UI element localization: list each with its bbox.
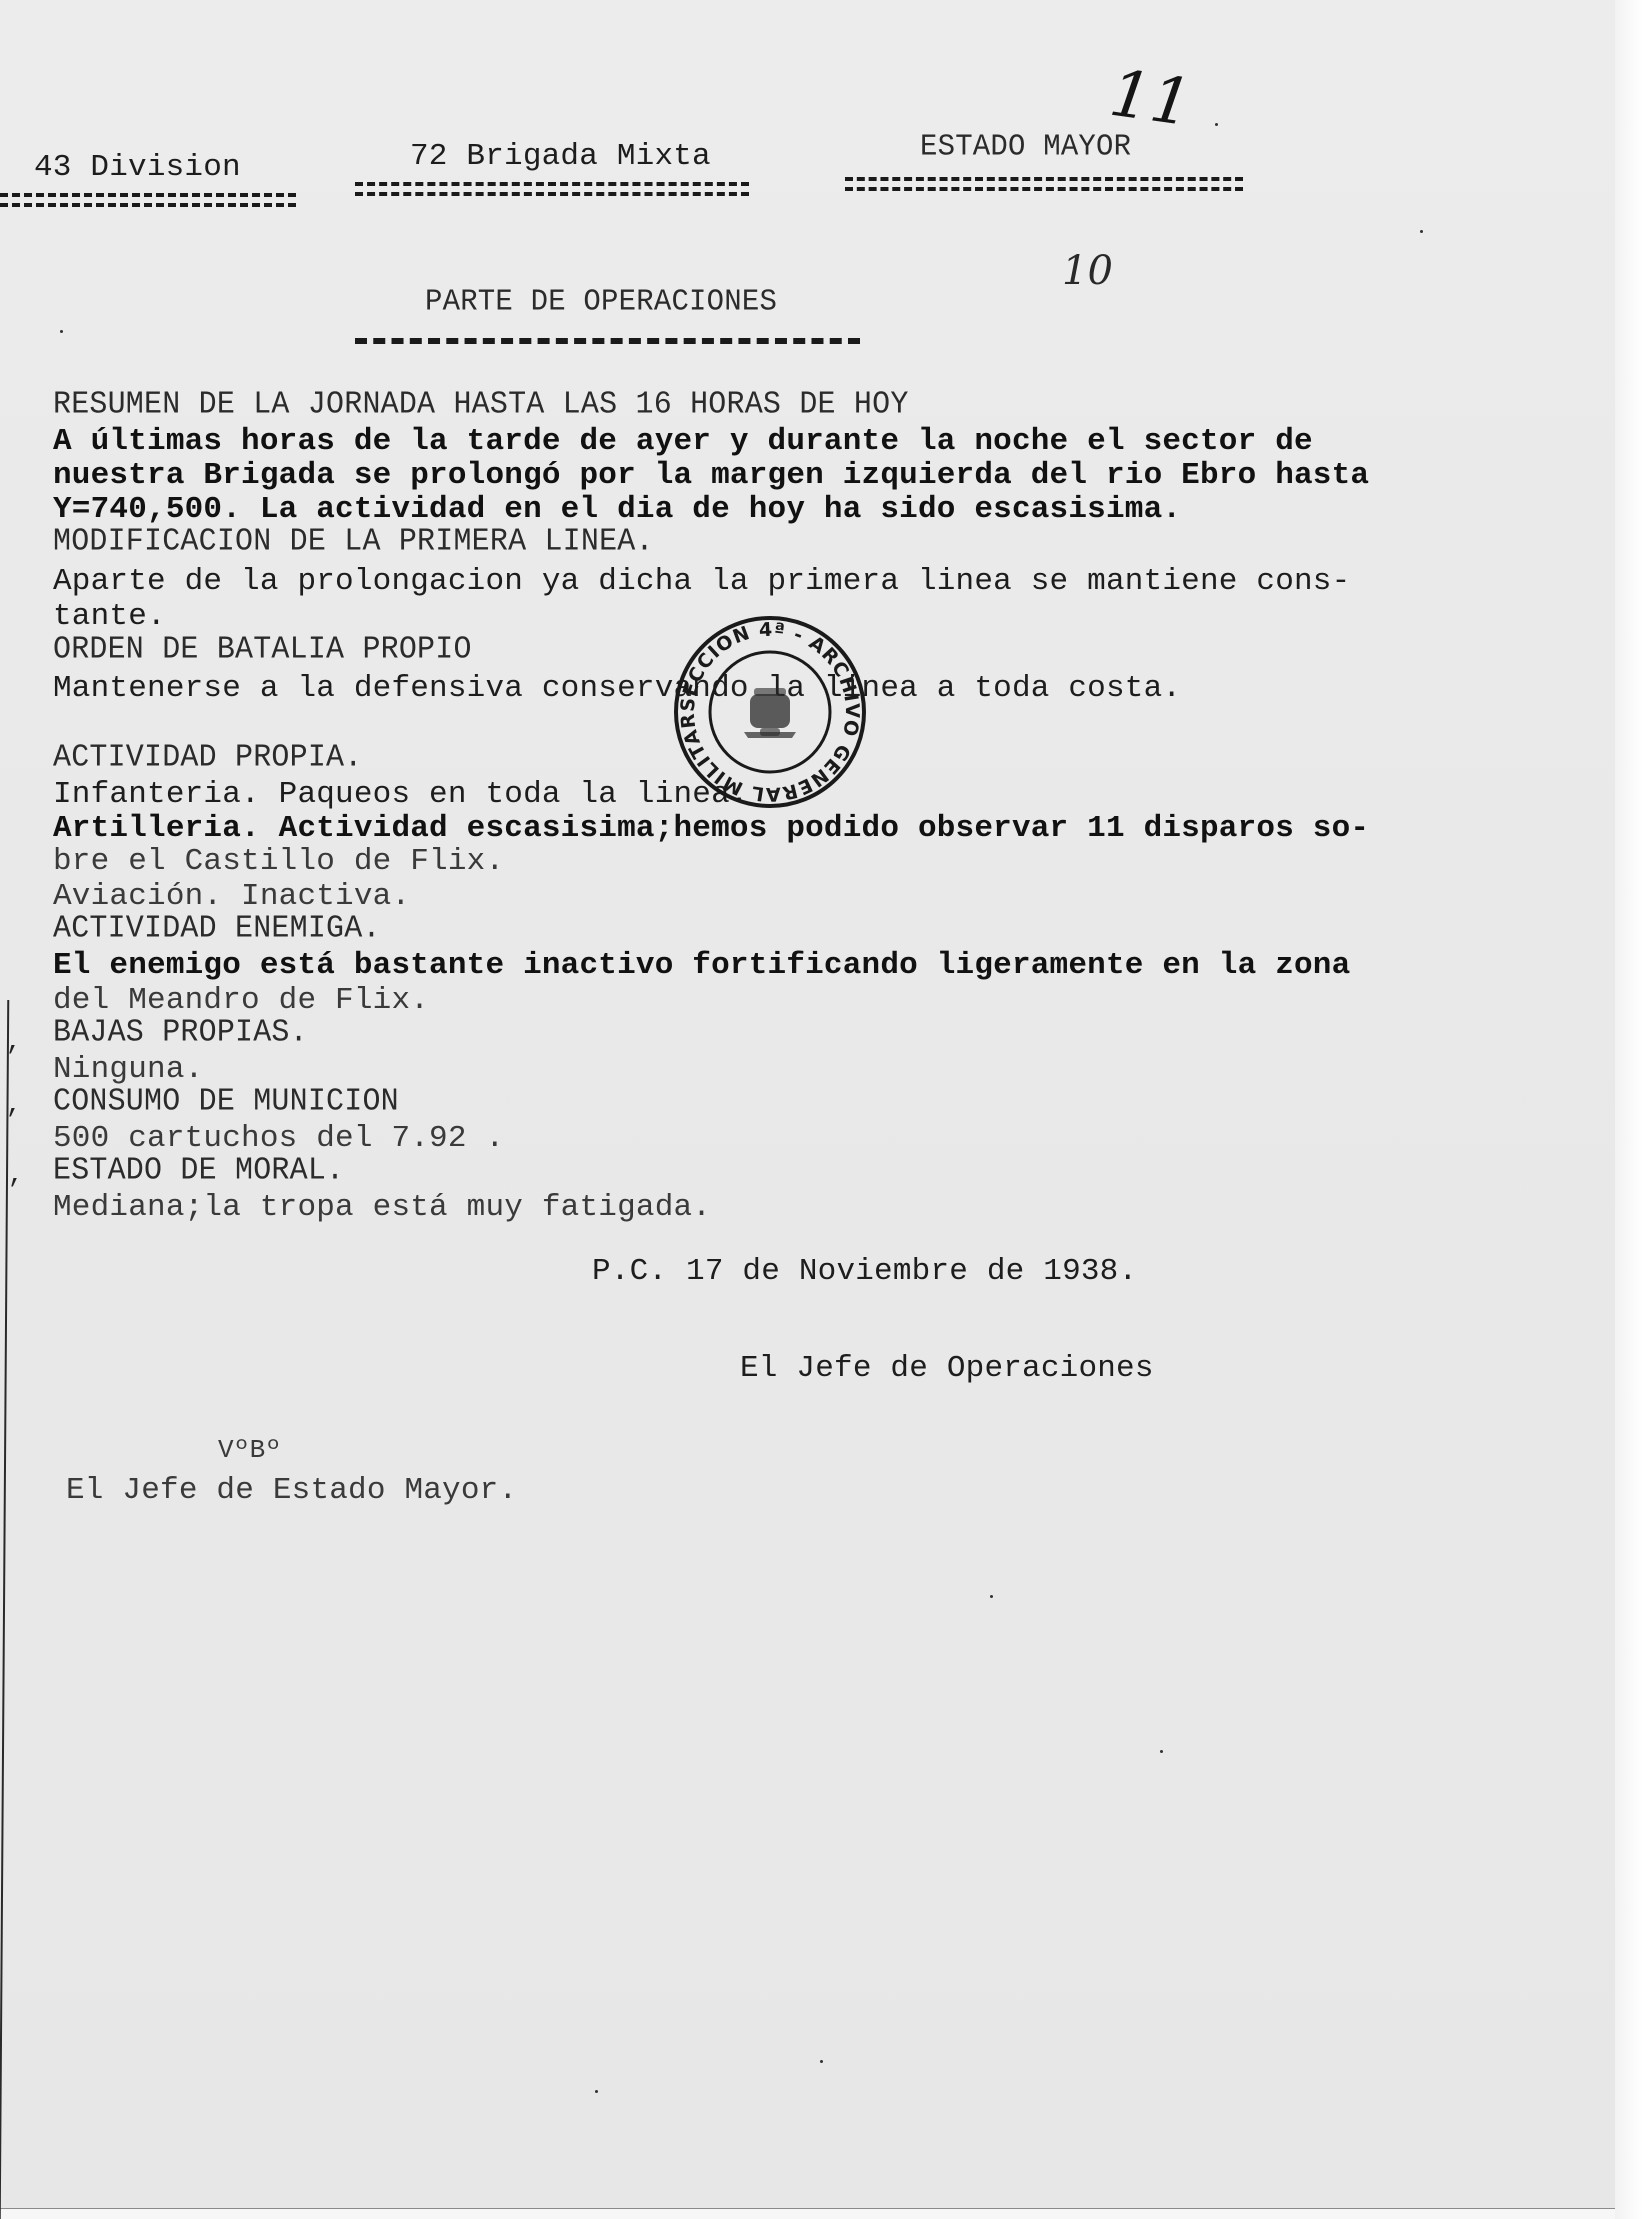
body-line: Artilleria. Actividad escasisima;hemos p…: [53, 813, 1369, 844]
section-heading-first-line: MODIFICACION DE LA PRIMERA LINEA.: [53, 527, 654, 559]
body-line: Y=740,500. La actividad en el dia de hoy…: [53, 494, 1181, 525]
body-line: nuestra Brigada se prolongó por la marge…: [53, 460, 1369, 491]
header-brigade: 72 Brigada Mixta: [410, 141, 711, 172]
handwritten-folio: 11: [1105, 57, 1196, 142]
body-line: Aparte de la prolongacion ya dicha la pr…: [53, 566, 1350, 597]
archive-stamp: SECCION 4ª - ARCHIVO GENERAL MILITAR DE …: [672, 614, 868, 810]
section-heading-ammunition: CONSUMO DE MUNICION: [53, 1087, 399, 1119]
document-title: PARTE DE OPERACIONES: [425, 287, 777, 317]
page-bottom-edge: [0, 2208, 1615, 2219]
title-underline: [355, 338, 860, 344]
body-line: Infanteria. Paqueos en toda la linea.: [53, 779, 749, 810]
margin-mark: ,: [6, 1027, 22, 1057]
scan-speck: [60, 330, 63, 333]
scan-speck: [1420, 230, 1423, 233]
scan-speck: [595, 2090, 598, 2093]
section-heading-morale: ESTADO DE MORAL.: [53, 1156, 344, 1188]
body-line: Mediana;la tropa está muy fatigada.: [53, 1192, 711, 1223]
section-heading-battle-order: ORDEN DE BATALIA PROPIO: [53, 635, 472, 667]
body-line: del Meandro de Flix.: [53, 985, 429, 1016]
body-line: A últimas horas de la tarde de ayer y du…: [53, 426, 1313, 457]
section-heading-casualties: BAJAS PROPIAS.: [53, 1018, 308, 1050]
signature-operations-chief: El Jefe de Operaciones: [740, 1353, 1154, 1384]
section-heading-summary: RESUMEN DE LA JORNADA HASTA LAS 16 HORAS…: [53, 390, 909, 422]
body-line: bre el Castillo de Flix.: [53, 846, 504, 877]
body-line: El enemigo está bastante inactivo fortif…: [53, 950, 1350, 981]
body-line: Aviación. Inactiva.: [53, 881, 410, 912]
section-heading-own-activity: ACTIVIDAD PROPIA.: [53, 743, 362, 775]
body-line: Ninguna.: [53, 1054, 203, 1085]
date-line: P.C. 17 de Noviembre de 1938.: [592, 1256, 1137, 1287]
scan-speck: [1160, 1750, 1163, 1753]
body-line: 500 cartuchos del 7.92 .: [53, 1123, 504, 1154]
scan-speck: [820, 2060, 823, 2063]
body-line: Mantenerse a la defensiva conservando la…: [53, 673, 1181, 704]
header-division: 43 Division: [34, 152, 241, 183]
header-division-underline: [0, 193, 296, 207]
header-staff-underline: [845, 177, 1243, 191]
header-brigade-underline: [355, 182, 749, 196]
header-staff: ESTADO MAYOR: [920, 132, 1131, 162]
section-heading-enemy-activity: ACTIVIDAD ENEMIGA.: [53, 914, 381, 946]
signature-chief-of-staff: El Jefe de Estado Mayor.: [66, 1475, 517, 1506]
scan-margin: [1615, 0, 1642, 2219]
scan-speck: [1215, 123, 1218, 126]
coat-of-arms-icon: [744, 688, 796, 738]
handwritten-mark: 10: [1062, 248, 1113, 294]
margin-mark: ,: [8, 1160, 24, 1190]
body-line: tante.: [53, 601, 166, 632]
approval-mark: VºBº: [218, 1437, 281, 1463]
margin-mark: ,: [6, 1090, 22, 1120]
scan-speck: [990, 1595, 993, 1598]
